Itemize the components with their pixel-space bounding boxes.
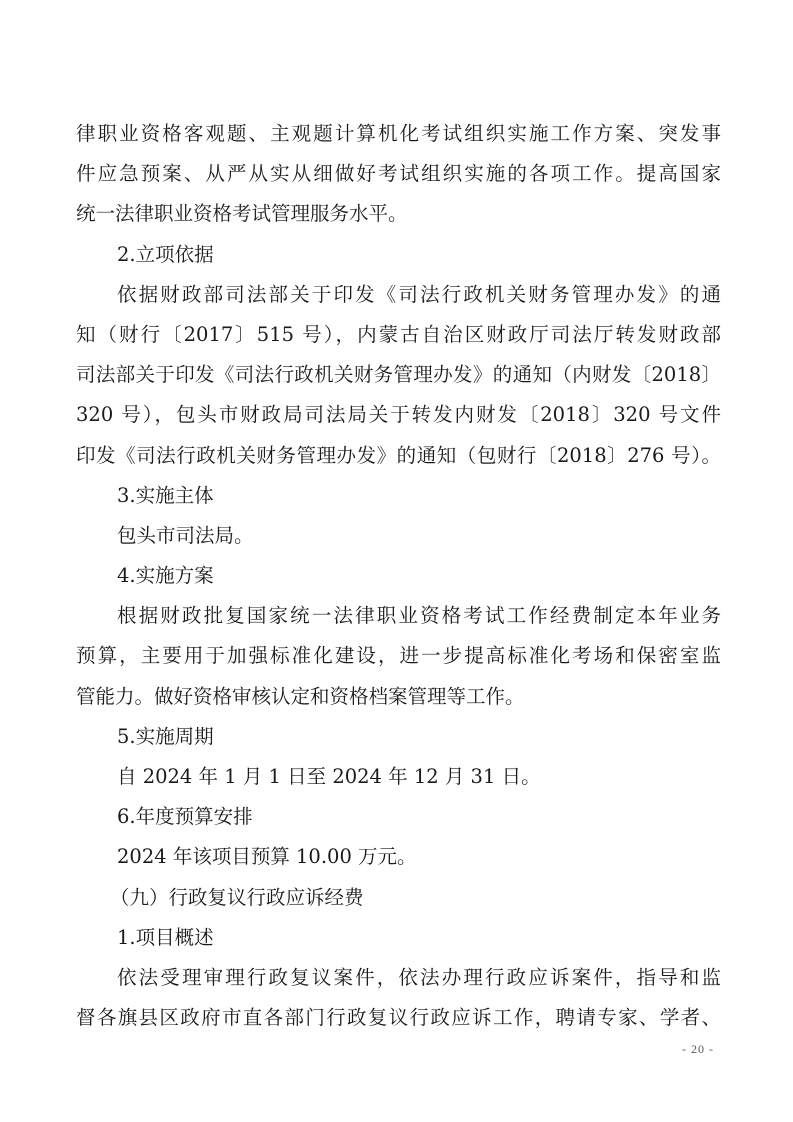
body-line: 包头市司法局。	[76, 516, 721, 556]
body-line: 管能力。做好资格审核认定和资格档案管理等工作。	[76, 677, 721, 717]
section-heading: 3.实施主体	[76, 476, 721, 516]
body-line: 依据财政部司法部关于印发《司法行政机关财务管理办发》的通	[76, 275, 721, 315]
body-line: 根据财政批复国家统一法律职业资格考试工作经费制定本年业务	[76, 596, 721, 636]
body-line: 件应急预案、从严从实从细做好考试组织实施的各项工作。提高国家	[76, 154, 721, 194]
body-line: 自 2024 年 1 月 1 日至 2024 年 12 月 31 日。	[76, 757, 721, 797]
section-heading: 1.项目概述	[76, 918, 721, 958]
body-line: 统一法律职业资格考试管理服务水平。	[76, 194, 721, 234]
body-line: 律职业资格客观题、主观题计算机化考试组织实施工作方案、突发事	[76, 114, 721, 154]
body-line: 预算，主要用于加强标准化建设，进一步提高标准化考场和保密室监	[76, 636, 721, 676]
section-heading: 2.立项依据	[76, 235, 721, 275]
section-heading: 6.年度预算安排	[76, 797, 721, 837]
body-line: 司法部关于印发《司法行政机关财务管理办发》的通知（内财发〔2018〕	[76, 355, 721, 395]
body-line: 督各旗县区政府市直各部门行政复议行政应诉工作，聘请专家、学者、	[76, 998, 721, 1038]
page-number: - 20 -	[682, 1042, 714, 1057]
body-line: 知（财行〔2017〕515 号），内蒙古自治区财政厅司法厅转发财政部	[76, 315, 721, 355]
subsection-heading: （九）行政复议行政应诉经费	[76, 878, 721, 918]
document-body: 律职业资格客观题、主观题计算机化考试组织实施工作方案、突发事 件应急预案、从严从…	[76, 114, 721, 1038]
section-heading: 5.实施周期	[76, 717, 721, 757]
body-line: 印发《司法行政机关财务管理办发》的通知（包财行〔2018〕276 号）。	[76, 436, 721, 476]
body-line: 320 号），包头市财政局司法局关于转发内财发〔2018〕320 号文件	[76, 395, 721, 435]
body-line: 依法受理审理行政复议案件，依法办理行政应诉案件，指导和监	[76, 958, 721, 998]
section-heading: 4.实施方案	[76, 556, 721, 596]
body-line: 2024 年该项目预算 10.00 万元。	[76, 837, 721, 877]
